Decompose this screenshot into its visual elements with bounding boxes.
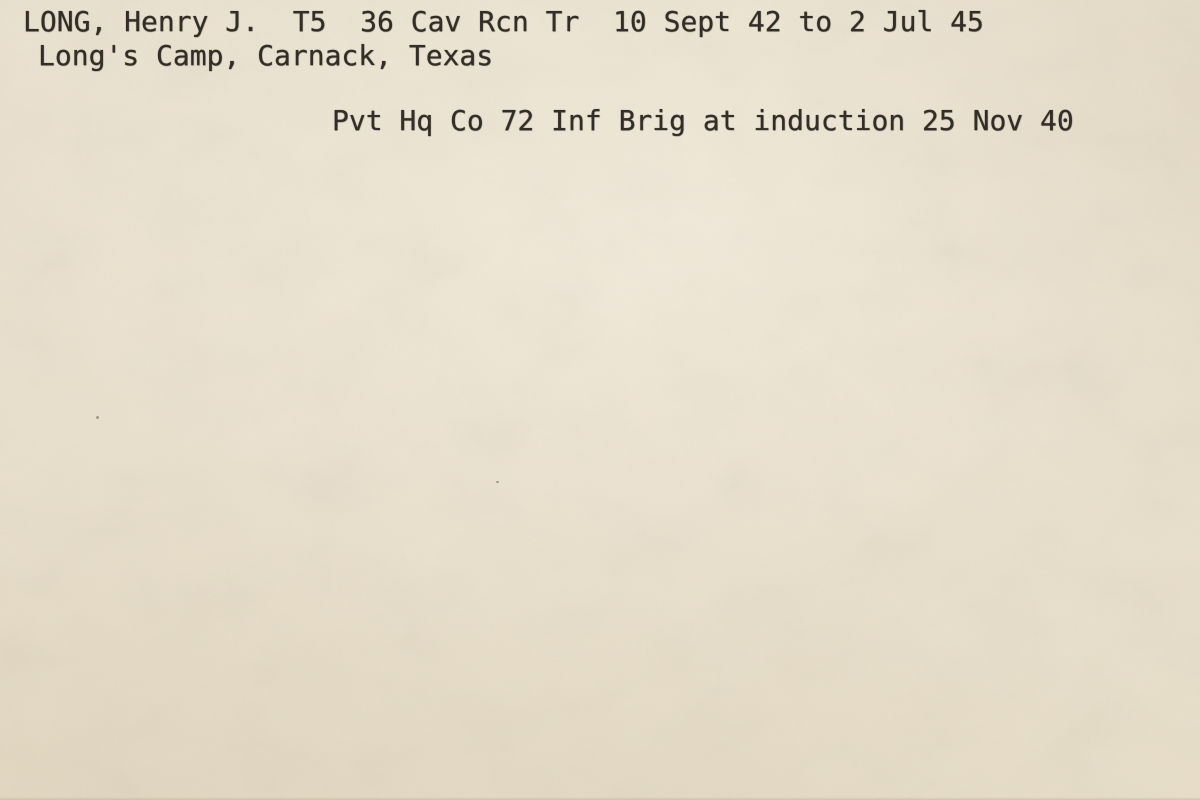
paper-speck xyxy=(496,481,499,483)
record-line-address: Long's Camp, Carnack, Texas xyxy=(38,38,493,74)
paper-speck xyxy=(96,416,99,419)
record-line-induction: Pvt Hq Co 72 Inf Brig at induction 25 No… xyxy=(332,103,1074,139)
record-line-identity: LONG, Henry J. T5 36 Cav Rcn Tr 10 Sept … xyxy=(23,4,984,40)
index-card: LONG, Henry J. T5 36 Cav Rcn Tr 10 Sept … xyxy=(0,0,1200,800)
